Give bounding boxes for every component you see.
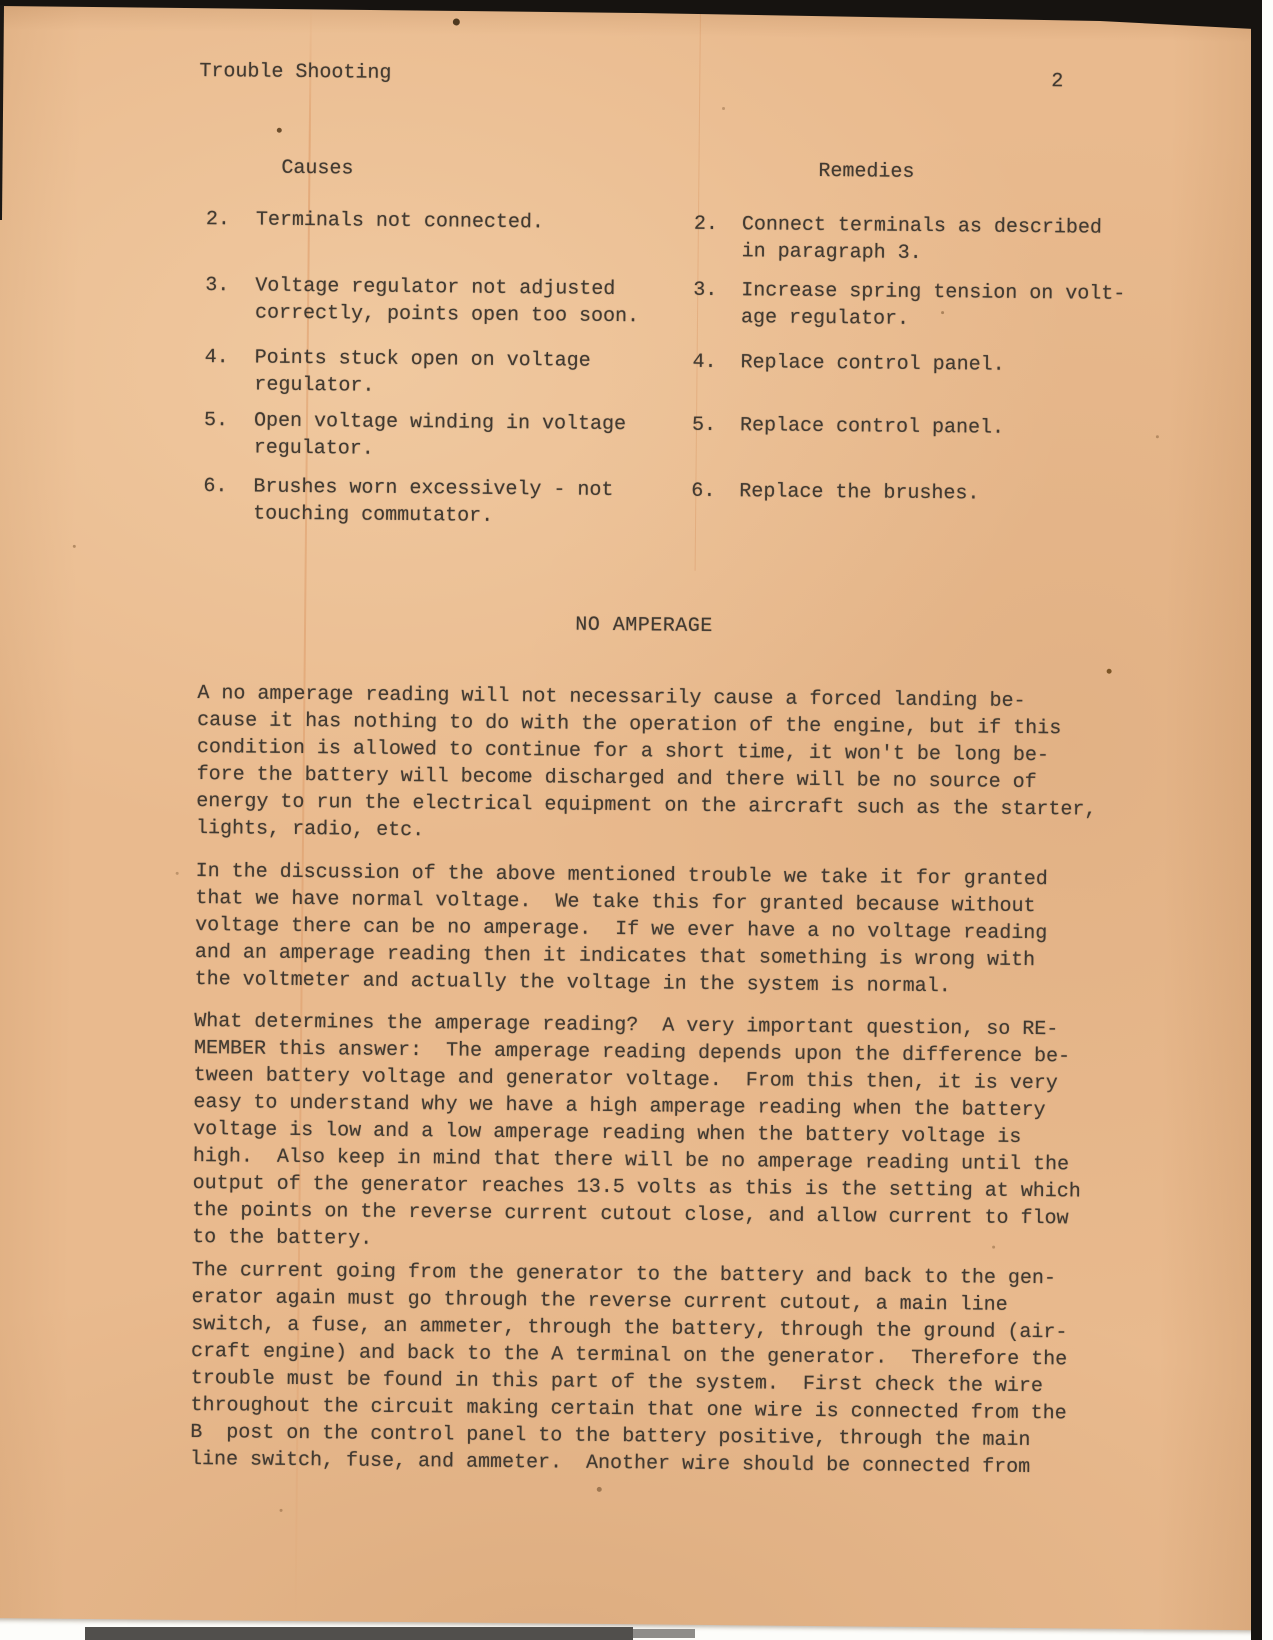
cause-text: Terminals not connected. xyxy=(256,207,696,238)
cause-number: 3. xyxy=(205,272,229,299)
body-paragraph: What determines the amperage reading? A … xyxy=(192,1008,1112,1260)
scan-margin-right xyxy=(1262,0,1273,1640)
cause-number: 5. xyxy=(204,407,228,434)
cause-number: 6. xyxy=(203,473,227,500)
scanner-edge-bottom-light xyxy=(633,1629,695,1638)
cause-text: Brushes worn excessively - not touching … xyxy=(253,474,693,532)
remedy-number: 2. xyxy=(694,211,718,238)
body-paragraph: The current going from the generator to … xyxy=(190,1257,1110,1482)
scanned-page: Trouble Shooting 2 Causes Remedies 2. Te… xyxy=(0,0,1273,1640)
table-row: 2. Terminals not connected. 2. Connect t… xyxy=(0,204,1270,276)
body-paragraph: In the discussion of the above mentioned… xyxy=(195,858,1114,1002)
section-heading: NO AMPERAGE xyxy=(198,608,1090,644)
causes-column-header: Causes xyxy=(281,155,353,183)
body-paragraph: A no amperage reading will not necessari… xyxy=(196,680,1116,851)
page-number: 2 xyxy=(1051,68,1063,95)
remedy-number: 4. xyxy=(692,349,716,376)
page-title: Trouble Shooting xyxy=(199,58,391,87)
remedies-column-header: Remedies xyxy=(818,158,914,186)
remedy-text: Increase spring tension on volt- age reg… xyxy=(741,277,1141,335)
table-row: 3. Voltage regulator not adjusted correc… xyxy=(0,270,1269,342)
cause-number: 2. xyxy=(206,206,230,233)
remedy-text: Replace control panel. xyxy=(740,412,1140,443)
remedy-number: 3. xyxy=(693,277,717,304)
remedy-text: Replace the brushes. xyxy=(739,478,1139,509)
remedy-text: Connect terminals as described in paragr… xyxy=(742,211,1142,269)
remedy-number: 6. xyxy=(691,478,715,505)
cause-number: 4. xyxy=(204,344,228,371)
cause-text: Open voltage winding in voltage regulato… xyxy=(254,408,694,466)
scanner-edge-bottom xyxy=(85,1627,633,1640)
table-row: 6. Brushes worn excessively - not touchi… xyxy=(0,471,1267,543)
remedy-number: 5. xyxy=(692,412,716,439)
paper-sheet: Trouble Shooting 2 Causes Remedies 2. Te… xyxy=(0,4,1272,1630)
table-row: 4. Points stuck open on voltage regulato… xyxy=(0,342,1269,414)
remedy-text: Replace control panel. xyxy=(740,349,1140,380)
cause-text: Voltage regulator not adjusted correctly… xyxy=(255,273,695,331)
table-row: 5. Open voltage winding in voltage regul… xyxy=(0,405,1268,477)
cause-text: Points stuck open on voltage regulator. xyxy=(254,345,694,403)
